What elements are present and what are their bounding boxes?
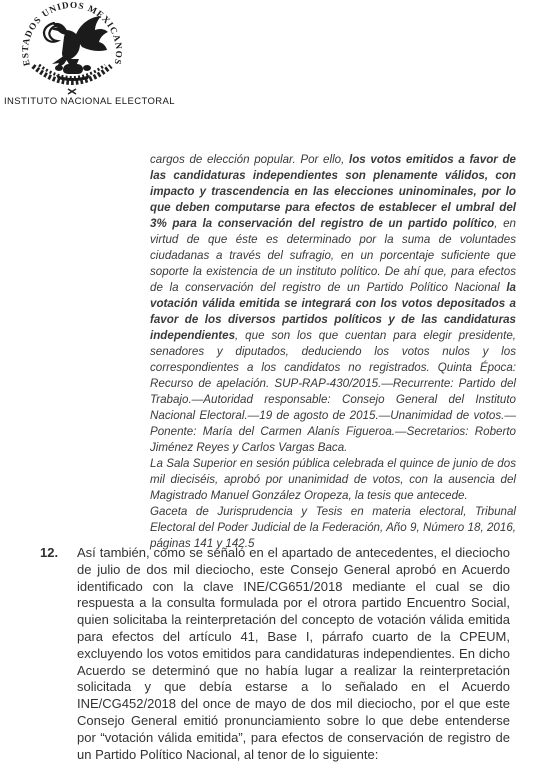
quote-paragraph-thesis: cargos de elección popular. Por ello, lo… (150, 152, 516, 456)
paragraph-body: Así también, como se señaló en el aparta… (77, 545, 510, 763)
document-page: ESTADOS UNIDOS MEXICANOS (0, 0, 547, 773)
quote-paragraph-approval: La Sala Superior en sesión pública celeb… (150, 456, 516, 504)
quote-run: , que son los que cuentan para elegir pr… (150, 329, 516, 454)
numbered-paragraph-12: 12. Así también, como se señaló en el ap… (40, 545, 510, 763)
eagle-icon (44, 16, 108, 81)
quote-run: cargos de elección popular. Por ello, (150, 153, 349, 166)
legal-thesis-quote: cargos de elección popular. Por ello, lo… (150, 152, 516, 552)
institution-name: INSTITUTO NACIONAL ELECTORAL (4, 96, 175, 107)
paragraph-number: 12. (40, 545, 58, 562)
mexican-coat-of-arms-seal-icon: ESTADOS UNIDOS MEXICANOS (22, 2, 122, 96)
